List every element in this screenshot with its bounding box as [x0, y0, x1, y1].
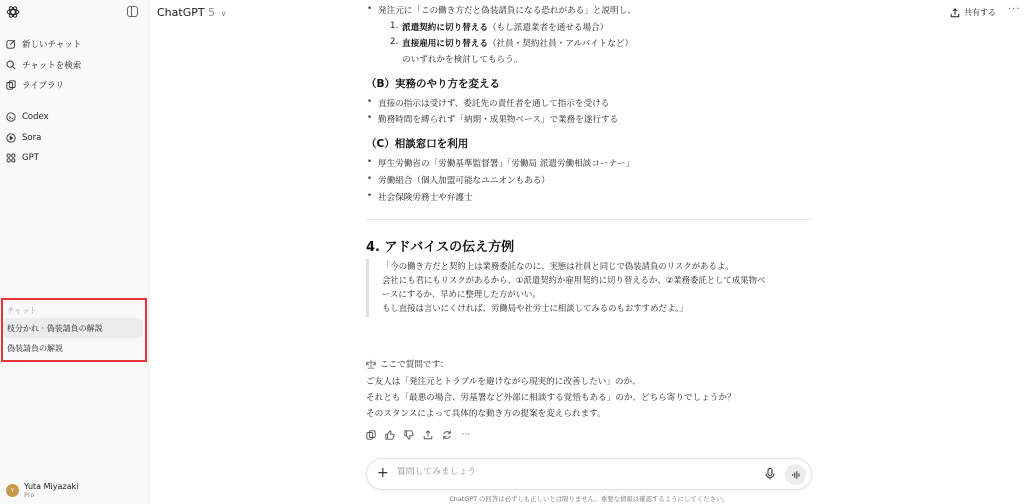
sidebar-item-gpt[interactable]: GPT	[0, 148, 148, 169]
chat-history-heading: チャット	[3, 300, 145, 318]
codex-icon	[6, 112, 16, 122]
divider	[366, 219, 812, 220]
option-note: （社員・契約社員・アルバイトなど）	[488, 39, 633, 49]
sidebar: 新しいチャット チャットを検索 ライブラリ Codex Sora	[0, 0, 149, 504]
sidebar-apps: Codex Sora GPT	[0, 107, 148, 169]
share-label: 共有する	[964, 7, 996, 18]
chat-history-highlight: チャット 枝分かれ · 偽装請負の解説 偽装請負の解説	[1, 298, 147, 362]
section-c-heading: （C）相談窓口を利用	[366, 136, 468, 151]
quote-line: ースにするか、早めに整理した方がいい。	[382, 287, 812, 301]
sidebar-item-library[interactable]: ライブラリ	[0, 75, 148, 96]
list-item: 労働組合（個人加盟可能なユニオンもある）	[378, 174, 550, 186]
section-4-heading: 4. アドバイスの伝え方例	[366, 236, 514, 255]
model-version: 5	[208, 6, 215, 19]
question-heading-text: ここで質問です：	[380, 358, 449, 370]
user-name: Yuta Miyazaki	[24, 482, 78, 491]
list-item: 発注元に「この働き方だと偽装請負になる恐れがある」と説明し、	[378, 4, 636, 16]
more-options-icon[interactable]: ···	[1008, 4, 1021, 15]
sidebar-item-label: Sora	[22, 133, 41, 143]
edit-icon	[6, 39, 16, 49]
model-name: ChatGPT	[157, 6, 205, 19]
chevron-down-icon: ∨	[221, 9, 227, 18]
scale-icon	[366, 359, 376, 369]
question-line: そのスタンスによって具体的な動き方の提案を変えられます。	[366, 407, 606, 419]
sidebar-item-sora[interactable]: Sora	[0, 128, 148, 149]
message-actions: ···	[366, 430, 471, 440]
add-attachment-button[interactable]: +	[377, 465, 389, 481]
avatar: Y	[6, 484, 19, 497]
copy-icon[interactable]	[366, 430, 376, 440]
share-button[interactable]: 共有する	[950, 7, 996, 18]
sidebar-nav: 新しいチャット チャットを検索 ライブラリ	[0, 34, 148, 96]
list-item: 勤務時間を縛られず「納期・成果物ベース」で業務を遂行する	[378, 113, 618, 125]
chat-composer: +	[366, 458, 812, 490]
user-plan: Pro	[24, 491, 78, 499]
sidebar-item-label: 新しいチャット	[22, 38, 81, 50]
option-bold: 直接雇用に切り替える	[402, 39, 488, 49]
list-item-text: 労働組合（個人加盟可能なユニオンもある）	[378, 176, 550, 186]
list-item: 社会保険労務士や弁護士	[378, 191, 473, 203]
list-item-text: 直接の指示は受けず、委託先の責任者を通して指示を受ける	[378, 99, 609, 109]
sidebar-item-label: GPT	[22, 153, 39, 163]
sidebar-item-label: ライブラリ	[22, 79, 64, 91]
list-item: 厚生労働省の「労働基準監督署」「労働局 派遣労働相談コーナー」	[378, 157, 634, 169]
model-selector[interactable]: ChatGPT 5 ∨	[157, 6, 226, 19]
option-note: （もし派遣業者を通せる場合）	[488, 23, 608, 33]
openai-logo-icon[interactable]	[6, 5, 20, 19]
gpt-grid-icon	[6, 153, 16, 163]
voice-mode-button[interactable]	[785, 464, 806, 485]
thumbs-down-icon[interactable]	[404, 430, 414, 440]
share-icon[interactable]	[423, 430, 433, 440]
sidebar-item-new-chat[interactable]: 新しいチャット	[0, 34, 148, 55]
list-number: 1.	[390, 21, 398, 31]
regenerate-icon[interactable]	[442, 430, 452, 440]
list-number: 2.	[390, 37, 398, 47]
disclaimer: ChatGPT の回答は必ずしも正しいとは限りません。重要な情報は確認するように…	[366, 494, 812, 503]
chat-history-item[interactable]: 偽装請負の解説	[3, 338, 143, 358]
waveform-icon	[791, 470, 801, 480]
library-icon	[6, 80, 16, 90]
quote-line: 「今の働き方だと契約上は業務委託なのに、実態は社員と同じで偽装請負のリスクがある…	[382, 259, 812, 273]
chat-history-item[interactable]: 枝分かれ · 偽装請負の解説	[3, 318, 143, 338]
search-icon	[6, 60, 16, 70]
list-item: 2. 直接雇用に切り替える（社員・契約社員・アルバイトなど）	[402, 37, 633, 49]
sidebar-item-search-chats[interactable]: チャットを検索	[0, 55, 148, 76]
sidebar-item-label: Codex	[22, 112, 49, 122]
list-item-text: 厚生労働省の「労働基準監督署」「労働局 派遣労働相談コーナー」	[378, 159, 634, 169]
option-bold: 派遣契約に切り替える	[402, 23, 488, 33]
list-item-text: 社会保険労務士や弁護士	[378, 193, 473, 203]
sora-icon	[6, 133, 16, 143]
list-item: 1. 派遣契約に切り替える（もし派遣業者を通せる場合）	[402, 21, 608, 33]
section-b-heading: （B）実務のやり方を変える	[366, 76, 500, 91]
sidebar-item-codex[interactable]: Codex	[0, 107, 148, 128]
list-item-text: 発注元に「この働き方だと偽装請負になる恐れがある」と説明し、	[378, 6, 636, 16]
thumbs-up-icon[interactable]	[385, 430, 395, 440]
options-tail: のいずれかを検討してもらう。	[402, 53, 522, 65]
more-options-icon[interactable]: ···	[461, 430, 471, 440]
list-item: 直接の指示は受けず、委託先の責任者を通して指示を受ける	[378, 97, 609, 109]
sidebar-item-label: チャットを検索	[22, 59, 81, 71]
question-line: ご友人は「発注元とトラブルを避けながら現実的に改善したい」のか、	[366, 375, 641, 387]
sidebar-top	[0, 0, 148, 26]
quote-line: 会社にも君にもリスクがあるから、①派遣契約か雇用契約に切り替えるか、②業務委託と…	[382, 273, 812, 287]
advice-blockquote: 「今の働き方だと契約上は業務委託なのに、実態は社員と同じで偽装請負のリスクがある…	[366, 259, 812, 317]
question-line: それとも「最悪の場合、労基署など外部に相談する覚悟もある」のか、どちら寄りでしょ…	[366, 391, 736, 403]
share-icon	[950, 8, 960, 18]
message-input[interactable]	[397, 467, 757, 477]
user-profile-button[interactable]: Y Yuta Miyazaki Pro	[6, 482, 78, 499]
sidebar-toggle-icon[interactable]	[127, 6, 138, 17]
quote-line: もし直接は言いにくければ、労働局や社労士に相談してみるのもおすすめだよ。」	[382, 301, 812, 315]
microphone-icon[interactable]	[765, 468, 775, 480]
list-item-text: 勤務時間を縛られず「納期・成果物ベース」で業務を遂行する	[378, 115, 618, 125]
question-heading: ここで質問です：	[366, 358, 449, 370]
